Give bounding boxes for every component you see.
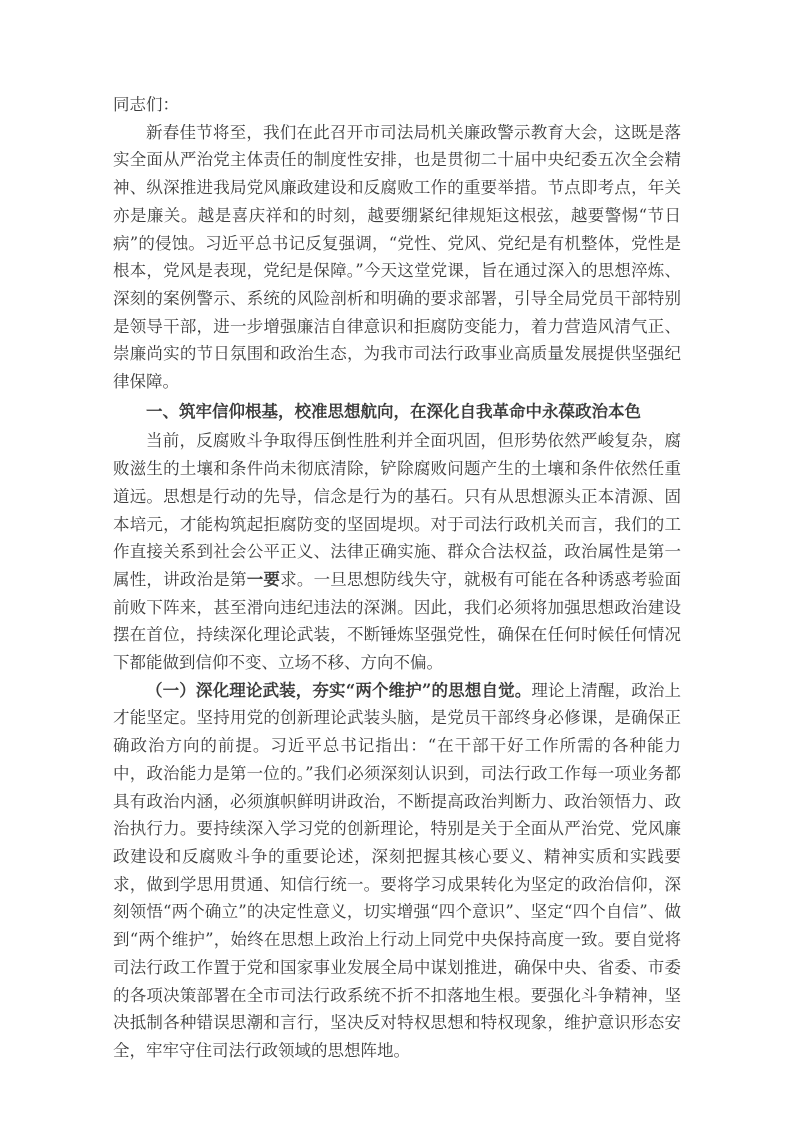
paragraph: 新春佳节将至，我们在此召开市司法局机关廉政警示教育大会，这既是落实全面从严治党主… xyxy=(113,119,681,396)
text-run: 新春佳节将至，我们在此召开市司法局机关廉政警示教育大会，这既是落实全面从严治党主… xyxy=(113,123,681,391)
section-heading: 一、筑牢信仰根基，校准思想航向，在深化自我革命中永葆政治本色 xyxy=(113,398,681,426)
emphasis: 一要 xyxy=(247,570,280,589)
emphasis: （一）深化理论武装，夯实“两个维护”的思想自觉。 xyxy=(146,681,531,700)
document-body: 同志们：新春佳节将至，我们在此召开市司法局机关廉政警示教育大会，这既是落实全面从… xyxy=(113,91,681,1065)
text-run: 当前，反腐败斗争取得压倒性胜利并全面巩固，但形势依然严峻复杂，腐败滋生的土壤和条… xyxy=(113,431,681,589)
paragraph: 当前，反腐败斗争取得压倒性胜利并全面巩固，但形势依然严峻复杂，腐败滋生的土壤和条… xyxy=(113,427,681,676)
document-page: 同志们：新春佳节将至，我们在此召开市司法局机关廉政警示教育大会，这既是落实全面从… xyxy=(0,0,793,1122)
text-run: 理论上清醒，政治上才能坚定。坚持用党的创新理论武装头脑，是党员干部终身必修课，是… xyxy=(113,681,681,1060)
text-run: 同志们： xyxy=(113,95,179,114)
salutation: 同志们： xyxy=(113,91,681,119)
emphasis: 一、筑牢信仰根基，校准思想航向，在深化自我革命中永葆政治本色 xyxy=(146,402,641,421)
paragraph: （一）深化理论武装，夯实“两个维护”的思想自觉。理论上清醒，政治上才能坚定。坚持… xyxy=(113,677,681,1065)
